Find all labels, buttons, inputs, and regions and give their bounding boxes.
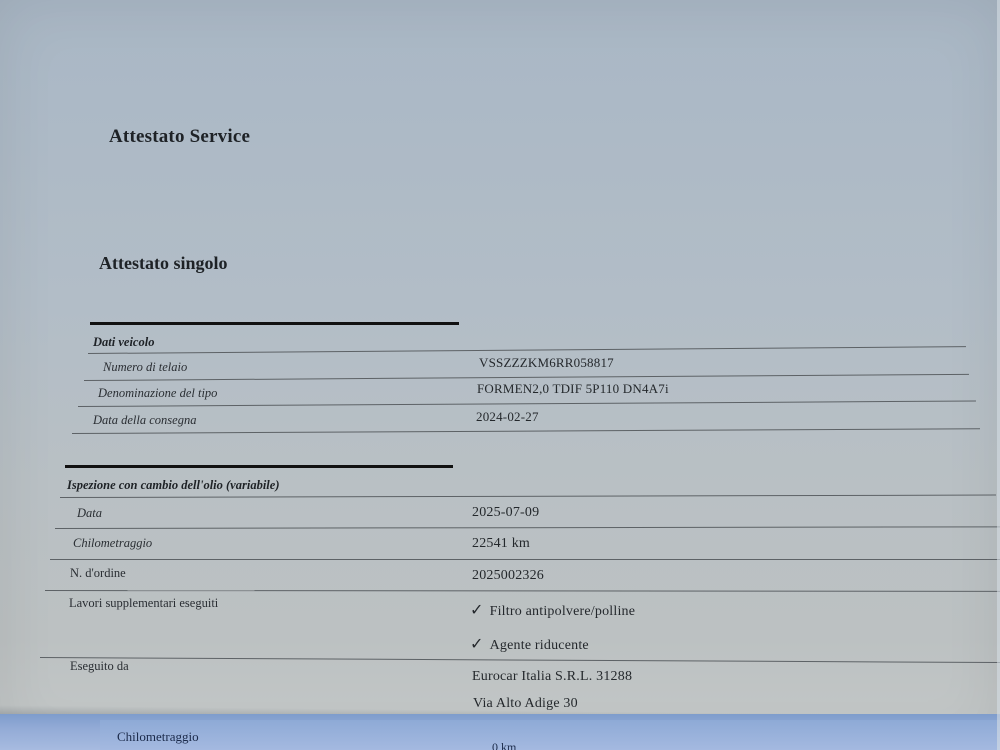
- inspection-date-label: Data: [77, 506, 102, 521]
- extra-work-label: Lavori supplementari eseguiti: [69, 596, 218, 611]
- extra-work-item-text: Filtro antipolvere/polline: [490, 604, 636, 619]
- row-divider: [40, 657, 1000, 663]
- row-divider: [60, 495, 996, 498]
- delivery-date-label: Data della consegna: [93, 413, 196, 428]
- document-title: Attestato Service: [109, 126, 250, 148]
- checkmark-icon: ✓: [470, 602, 484, 619]
- performed-by-label: Eseguito da: [70, 659, 129, 674]
- checkmark-icon: ✓: [470, 636, 484, 653]
- row-divider: [45, 590, 1000, 592]
- type-designation-label: Denominazione del tipo: [98, 386, 217, 401]
- next-sheet-mileage-value: 0 km: [492, 740, 516, 750]
- next-sheet-surface: [100, 720, 1000, 750]
- order-number-value: 2025002326: [472, 568, 544, 584]
- vehicle-section-heading: Dati veicolo: [93, 335, 154, 350]
- performed-by-line: Eurocar Italia S.R.L. 31288: [472, 669, 632, 685]
- next-sheet-mileage-label: Chilometraggio: [117, 729, 199, 745]
- row-divider: [72, 428, 980, 434]
- row-divider: [78, 401, 976, 407]
- mileage-value: 22541 km: [472, 536, 530, 552]
- document-page: Attestato Service Attestato singolo Dati…: [0, 0, 1000, 750]
- row-divider: [55, 526, 1000, 529]
- section-rule: [65, 465, 453, 468]
- section-rule: [90, 322, 459, 325]
- type-designation-value: FORMEN2,0 TDIF 5P110 DN4A7i: [477, 381, 669, 397]
- chassis-number-label: Numero di telaio: [103, 360, 187, 375]
- extra-work-item-text: Agente riducente: [490, 638, 589, 653]
- row-divider: [88, 346, 966, 354]
- extra-work-item: ✓Agente riducente: [470, 634, 589, 654]
- inspection-date-value: 2025-07-09: [472, 505, 539, 521]
- chassis-number-value: VSSZZZKM6RR058817: [479, 355, 614, 371]
- inspection-section-heading: Ispezione con cambio dell'olio (variabil…: [67, 478, 279, 493]
- order-number-label: N. d'ordine: [70, 566, 126, 581]
- delivery-date-value: 2024-02-27: [476, 409, 539, 425]
- mileage-label: Chilometraggio: [73, 536, 152, 551]
- row-divider: [50, 559, 1000, 560]
- document-subtitle: Attestato singolo: [99, 253, 228, 274]
- extra-work-item: ✓Filtro antipolvere/polline: [470, 600, 635, 620]
- row-divider: [84, 374, 969, 381]
